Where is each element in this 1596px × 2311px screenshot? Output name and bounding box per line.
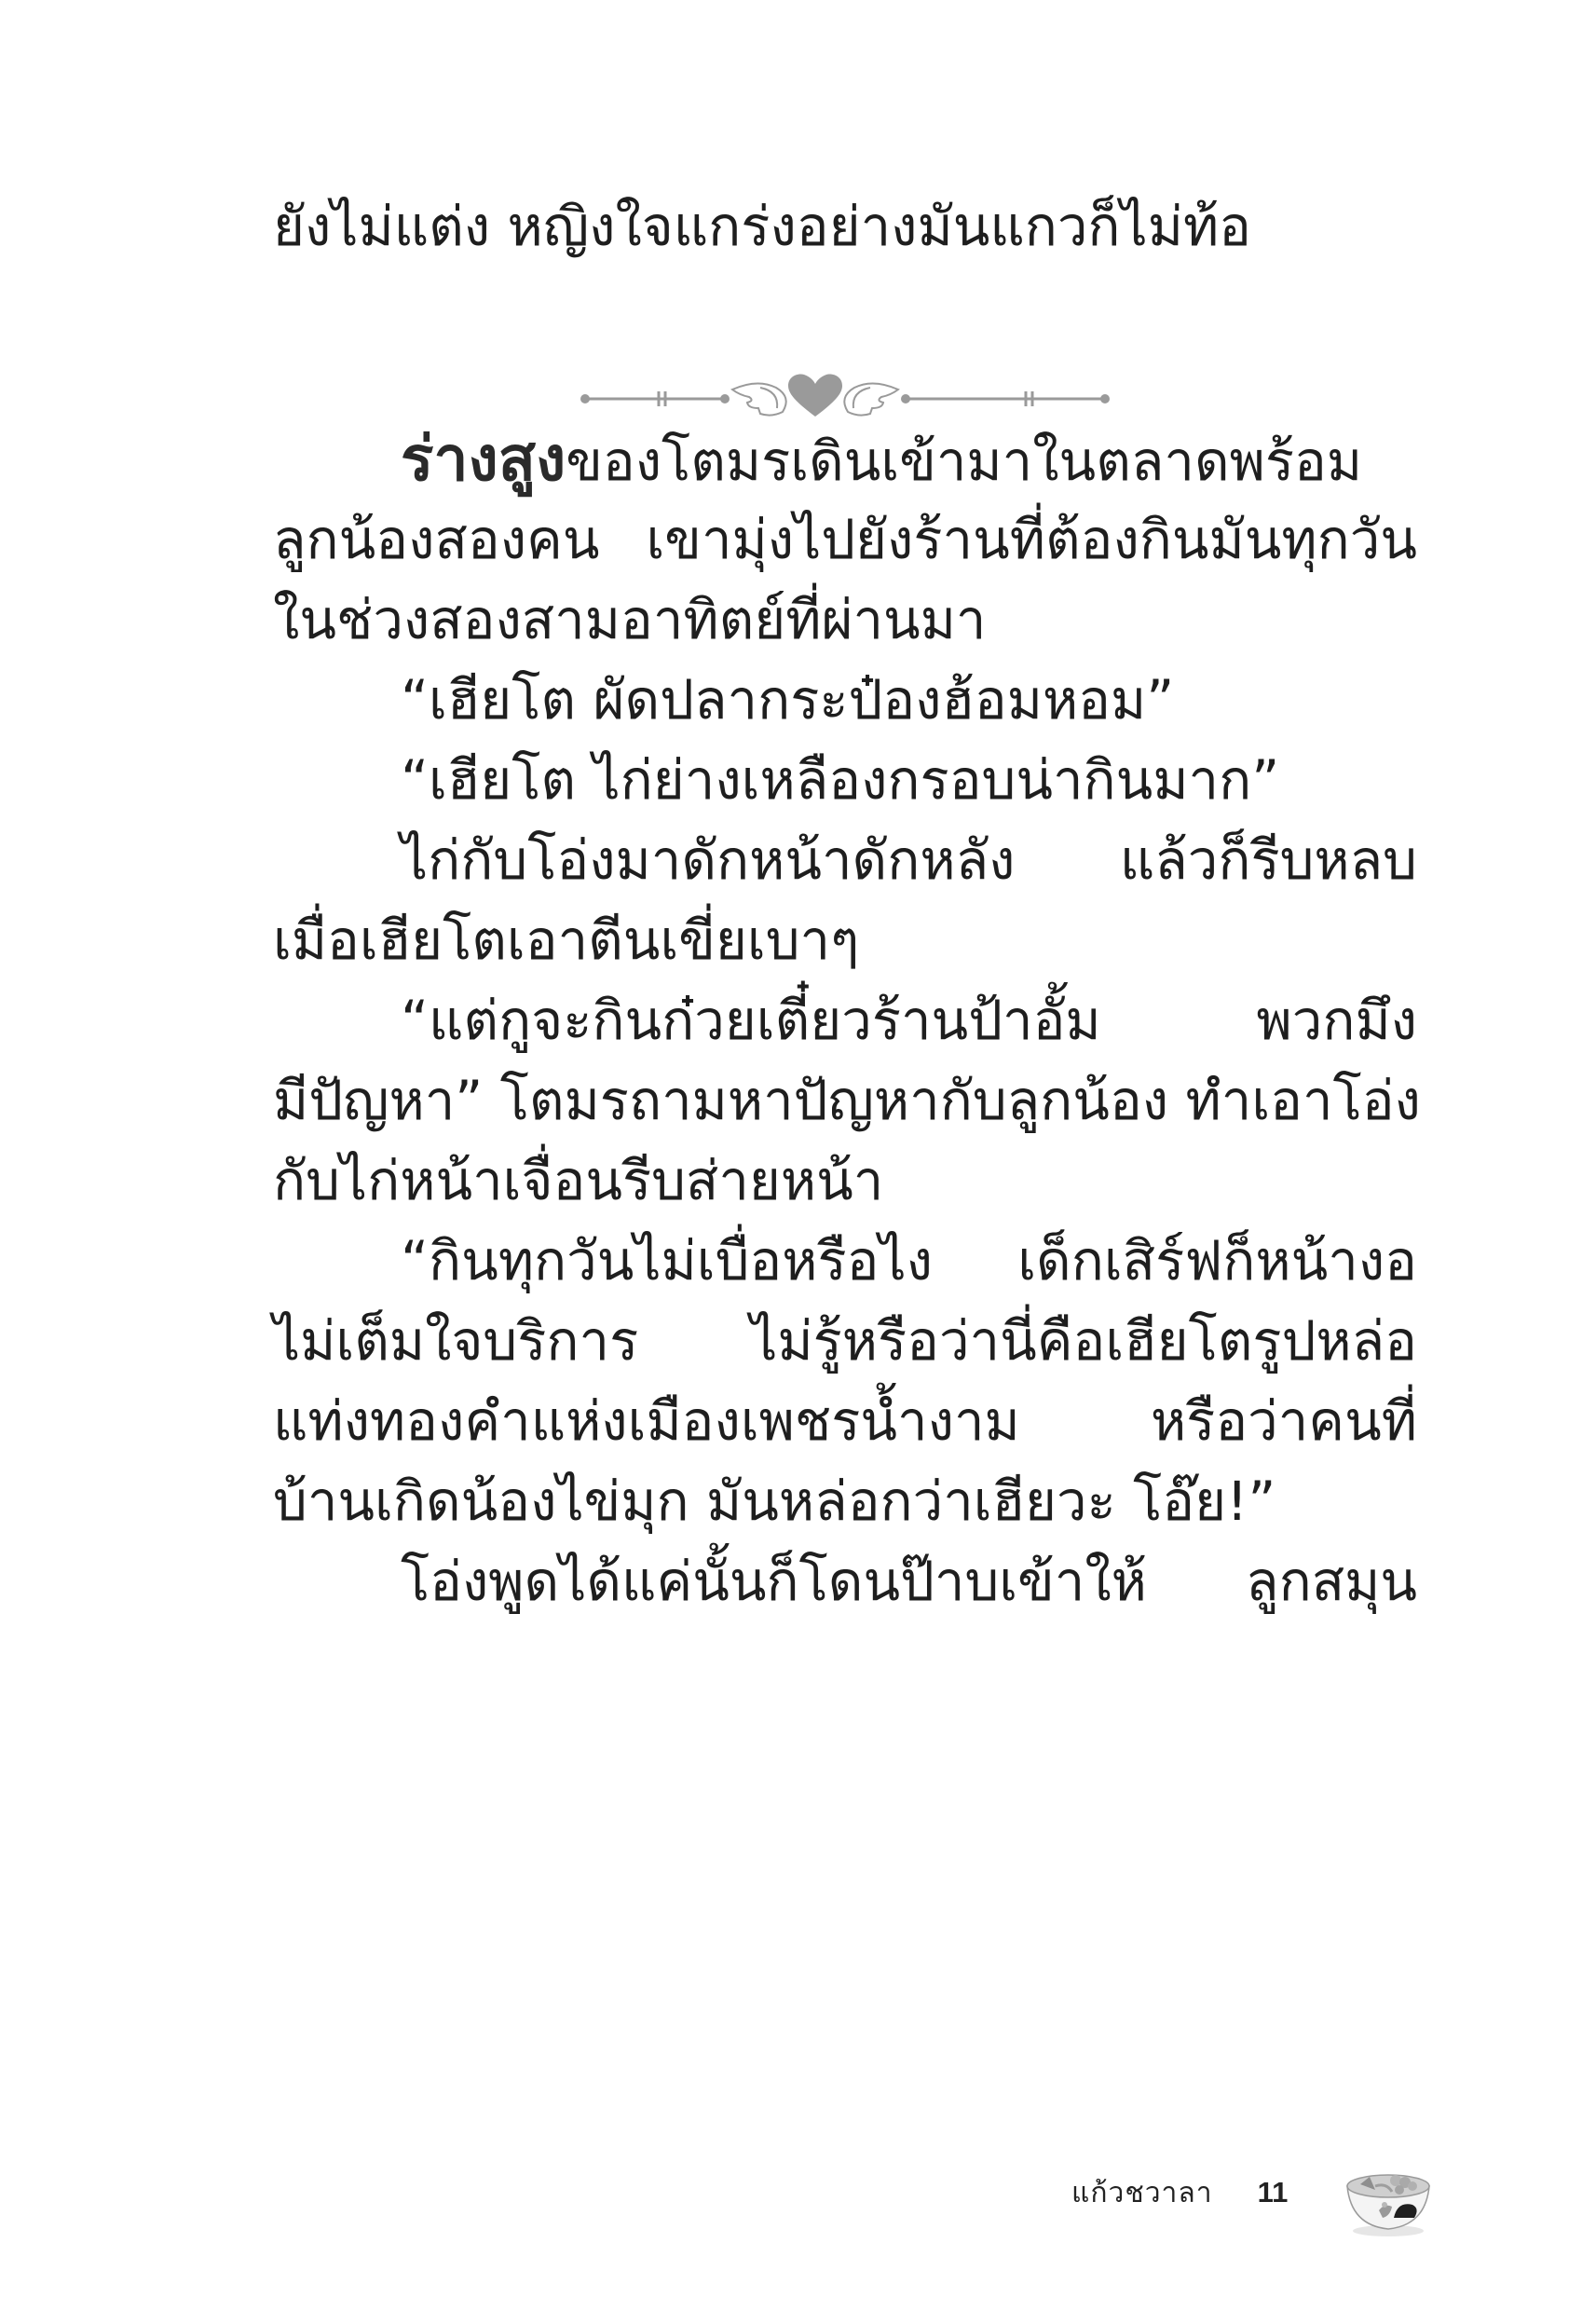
text-line: บ้านเกิดน้องไข่มุก มันหล่อกว่าเฮียวะ โอ๊…	[273, 1461, 1417, 1541]
text-line: “เฮียโต ผัดปลากระป๋องฮ้อมหอม”	[401, 660, 1417, 740]
book-title: แก้วชวาลา	[1071, 2171, 1213, 2215]
page-footer: แก้วชวาลา 11	[1071, 2160, 1288, 2225]
text-line-rest: ของโตมรเดินเข้ามาในตลาดพร้อม	[566, 430, 1362, 493]
text-line: กับไก่หน้าเจื่อนรีบส่ายหน้า	[273, 1141, 1417, 1221]
text-line: ไม่เต็มใจบริการ ไม่รู้หรือว่านี่คือเฮียโ…	[273, 1301, 1417, 1381]
text-line: “แต่กูจะกินก๋วยเตี๋ยวร้านป้าอั้ม พวกมึง	[401, 980, 1417, 1060]
text-line: ร่างสูงของโตมรเดินเข้ามาในตลาดพร้อม	[401, 419, 1417, 499]
book-page: ยังไม่แต่ง หญิงใจแกร่งอย่างมันแกวก็ไม่ท้…	[0, 0, 1596, 2311]
page-number: 11	[1258, 2176, 1289, 2209]
text-line: “กินทุกวันไม่เบื่อหรือไง เด็กเสิร์ฟก็หน้…	[401, 1221, 1417, 1301]
text-line: ไก่กับโอ่งมาดักหน้าดักหลัง แล้วก็รีบหลบ	[401, 820, 1417, 900]
noodle-bowl-rooster-icon	[1342, 2164, 1435, 2238]
text-line: “เฮียโต ไก่ย่างเหลืองกรอบน่ากินมาก”	[401, 740, 1417, 820]
text-line: ยังไม่แต่ง หญิงใจแกร่งอย่างมันแกวก็ไม่ท้…	[273, 186, 1417, 267]
text-line: มีปัญหา” โตมรถามหาปัญหากับลูกน้อง ทำเอาโ…	[273, 1060, 1417, 1141]
text-line: เมื่อเฮียโตเอาตีนเขี่ยเบาๆ	[273, 900, 1417, 980]
text-line: โอ่งพูดได้แค่นั้นก็โดนป๊าบเข้าให้ ลูกสมุ…	[401, 1541, 1417, 1621]
text-line: ลูกน้องสองคน เขามุ่งไปยังร้านที่ต้องกินม…	[273, 499, 1417, 580]
chapter-lead-words: ร่างสูง	[401, 423, 566, 495]
text-line: แท่งทองคำแห่งเมืองเพชรน้ำงาม หรือว่าคนที…	[273, 1381, 1417, 1461]
text-line: ในช่วงสองสามอาทิตย์ที่ผ่านมา	[273, 580, 1417, 660]
winged-heart-divider-icon	[576, 365, 1116, 421]
